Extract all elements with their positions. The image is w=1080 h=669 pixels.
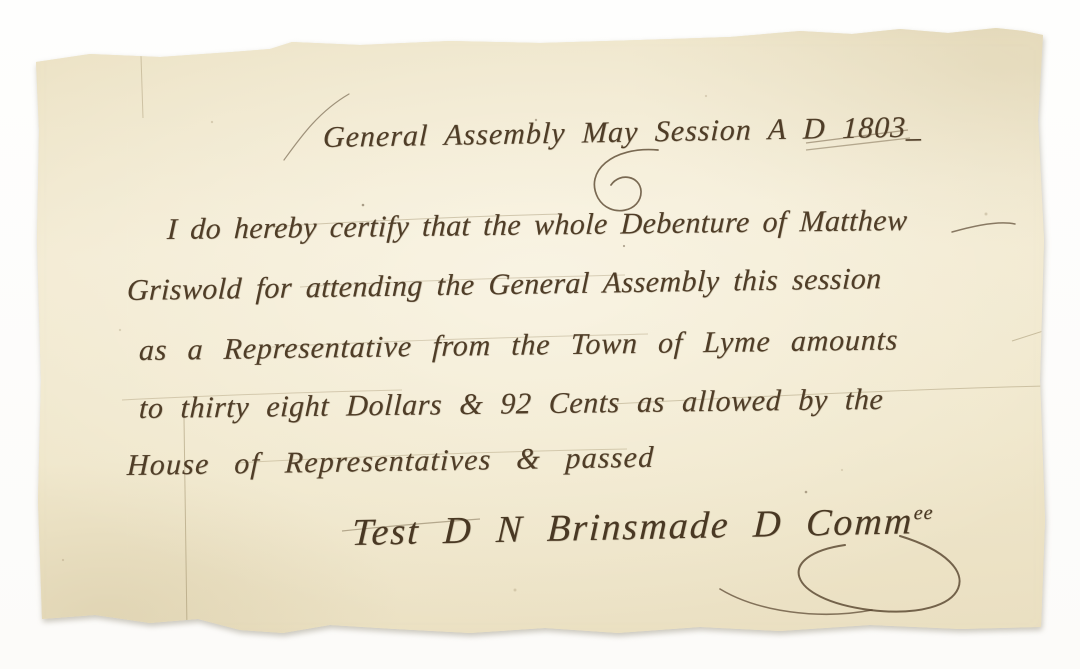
body-line-3: as a Representative from the Town of Lym… <box>138 323 899 368</box>
ink-speck <box>623 245 625 247</box>
manuscript-paper: General Assembly May Session A D 1803_ I… <box>0 0 1080 669</box>
signature-flourish-loop <box>799 536 960 612</box>
ink-speck <box>362 204 365 207</box>
attestation-superscript: ee <box>913 502 934 524</box>
matthew-trailing-flourish <box>952 223 1015 232</box>
crease-vertical-top <box>141 56 143 118</box>
title-spiral-flourish <box>594 150 658 211</box>
attestation-line: Test D N Brinsmade D Commee <box>351 499 934 555</box>
title-line: General Assembly May Session A D 1803_ <box>322 111 922 155</box>
scan-background: General Assembly May Session A D 1803_ I… <box>0 0 1080 669</box>
attestation-text: Test D N Brinsmade D Comm <box>351 500 914 554</box>
paper-sheet: General Assembly May Session A D 1803_ I… <box>0 0 1080 669</box>
body-line-2: Griswold for attending the General Assem… <box>126 262 882 308</box>
body-line-4: to thirty eight Dollars & 92 Cents as al… <box>138 383 884 426</box>
signature-flourish-tail <box>720 589 872 614</box>
body-line-1: I do hereby certify that the whole Deben… <box>166 204 908 247</box>
ink-speck <box>805 491 808 494</box>
hairline-right-edge <box>1012 325 1062 341</box>
body-line-5: House of Representatives & passed <box>126 441 655 483</box>
